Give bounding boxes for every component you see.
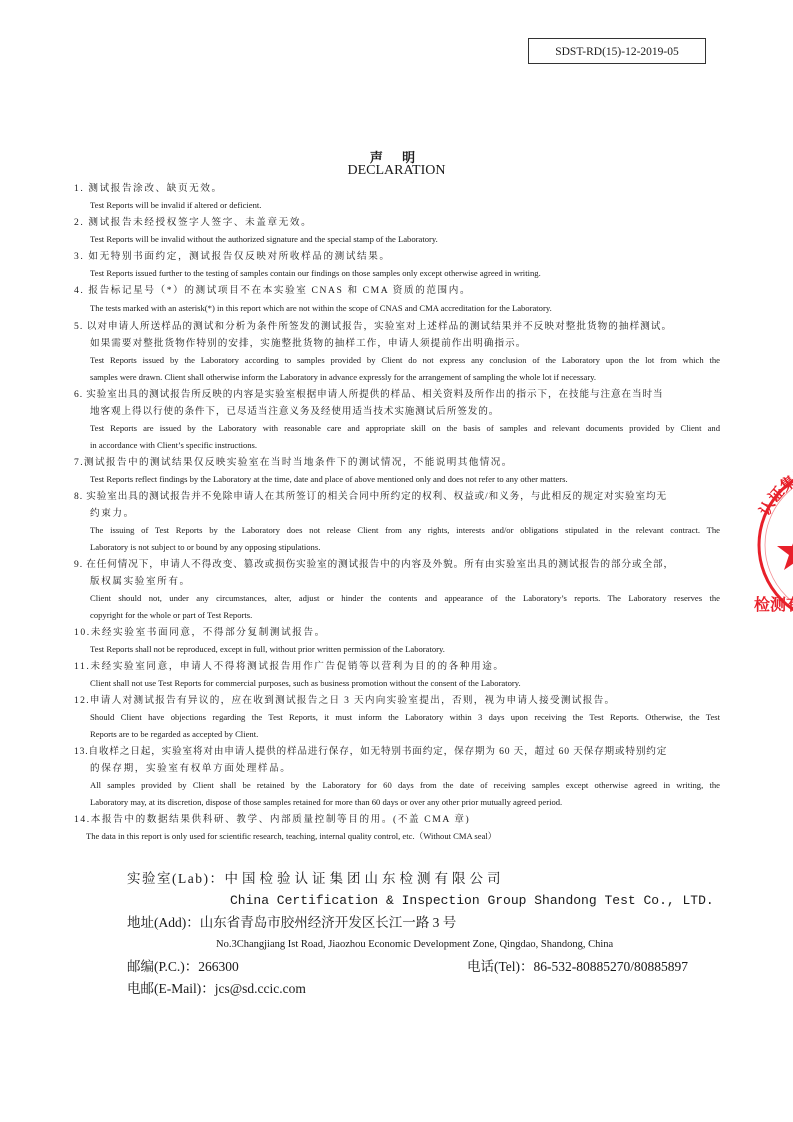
item-text-cn: 地客观上得以行使的条件下，已尽适当注意义务及经使用适当技术实施测试后所签发的。 xyxy=(74,403,720,420)
lab-label: 实验室(Lab)： xyxy=(127,871,224,886)
address-cn: 山东省青岛市胶州经济开发区长江一路 3 号 xyxy=(200,915,457,930)
item-text-cn: 如果需要对整批货物作特别的安排，实施整批货物的抽样工作，申请人须提前作出明确指示… xyxy=(74,335,720,352)
declaration-item: 3. 如无特别书面约定，测试报告仅反映对所收样品的测试结果。 Test Repo… xyxy=(74,248,720,282)
item-text-cn: 11.未经实验室同意，申请人不得将测试报告用作广告促销等以营利为目的的各种用途。 xyxy=(74,658,720,675)
item-text-en: Reports are to be regarded as accepted b… xyxy=(74,726,720,743)
item-text-cn: 约束力。 xyxy=(74,505,720,522)
postcode: 邮编(P.C.)：266300 xyxy=(127,956,239,978)
document-number-box: SDST-RD(15)-12-2019-05 xyxy=(528,38,706,64)
email-label: 电邮(E-Mail)： xyxy=(127,981,215,996)
postcode-label: 邮编(P.C.)： xyxy=(127,959,198,974)
item-text-en: Client should not, under any circumstanc… xyxy=(74,590,720,607)
address-en: No.3Changjiang Ist Road, Jiaozhou Econom… xyxy=(127,934,687,956)
declaration-item: 10.未经实验室书面同意，不得部分复制测试报告。 Test Reports sh… xyxy=(74,624,720,658)
item-text-cn: 版权属实验室所有。 xyxy=(74,573,720,590)
item-text-en: Laboratory may, at its discretion, dispo… xyxy=(74,794,720,811)
seal-text-top: 认证集团 xyxy=(756,464,793,519)
declaration-item: 8. 实验室出具的测试报告并不免除申请人在其所签订的相关合同中所约定的权利、权益… xyxy=(74,488,720,556)
lab-contact-block: 实验室(Lab)：中国检验认证集团山东检测有限公司 China Certific… xyxy=(127,868,687,1000)
lab-name-cn: 中国检验认证集团山东检测有限公司 xyxy=(224,871,504,886)
item-text-en: Test Reports are issued by the Laborator… xyxy=(74,420,720,437)
item-text-cn: 9. 在任何情况下，申请人不得改变、篡改或损伤实验室的测试报告中的内容及外貌。所… xyxy=(74,556,720,573)
lab-name-en: China Certification & Inspection Group S… xyxy=(127,890,687,912)
item-text-cn: 2. 测试报告未经授权签字人签字、未盖章无效。 xyxy=(74,214,720,231)
declaration-list: 1. 测试报告涂改、缺页无效。 Test Reports will be inv… xyxy=(74,180,720,845)
item-text-en: The tests marked with an asterisk(*) in … xyxy=(74,299,720,318)
item-text-en: Test Reports will be invalid without the… xyxy=(74,231,720,248)
declaration-item: 6. 实验室出具的测试报告所反映的内容是实验室根据申请人所提供的样品、相关资料及… xyxy=(74,386,720,454)
item-text-en: Client shall not use Test Reports for co… xyxy=(74,675,720,692)
item-text-en: Test Reports reflect findings by the Lab… xyxy=(74,471,720,488)
item-text-en: Test Reports issued by the Laboratory ac… xyxy=(74,352,720,369)
item-text-cn: 13.自收样之日起，实验室将对由申请人提供的样品进行保存，如无特别书面约定，保存… xyxy=(74,743,720,760)
star-icon xyxy=(777,532,793,570)
item-text-en: All samples provided by Client shall be … xyxy=(74,777,720,794)
item-text-cn: 10.未经实验室书面同意，不得部分复制测试报告。 xyxy=(74,624,720,641)
item-text-en: Test Reports issued further to the testi… xyxy=(74,265,720,282)
item-text-cn: 7.测试报告中的测试结果仅反映实验室在当时当地条件下的测试情况，不能说明其他情况… xyxy=(74,454,720,471)
item-text-cn: 14.本报告中的数据结果供科研、教学、内部质量控制等目的用。(不盖 CMA 章) xyxy=(74,811,720,828)
item-text-en: samples were drawn. Client shall otherwi… xyxy=(74,369,720,386)
item-text-en: The issuing of Test Reports by the Labor… xyxy=(74,522,720,539)
item-text-en: Should Client have objections regarding … xyxy=(74,709,720,726)
address-row: 地址(Add)：山东省青岛市胶州经济开发区长江一路 3 号 xyxy=(127,912,687,934)
item-text-cn: 8. 实验室出具的测试报告并不免除申请人在其所签订的相关合同中所约定的权利、权益… xyxy=(74,488,720,505)
item-text-cn: 5. 以对申请人所送样品的测试和分析为条件所签发的测试报告，实验室对上述样品的测… xyxy=(74,318,720,335)
item-text-en: Test Reports will be invalid if altered … xyxy=(74,197,720,214)
item-text-en: in accordance with Client’s specific ins… xyxy=(74,437,720,454)
phone-value: 86-532-80885270/80885897 xyxy=(534,959,689,974)
declaration-item: 12.申请人对测试报告有异议的，应在收到测试报告之日 3 天内向实验室提出，否则… xyxy=(74,692,720,743)
phone: 电话(Tel)：86-532-80885270/80885897 xyxy=(467,956,688,978)
title-english: DECLARATION xyxy=(0,163,793,179)
official-seal-stamp: 认证集团 检测有 xyxy=(752,460,793,630)
item-text-cn: 12.申请人对测试报告有异议的，应在收到测试报告之日 3 天内向实验室提出，否则… xyxy=(74,692,720,709)
declaration-item: 14.本报告中的数据结果供科研、教学、内部质量控制等目的用。(不盖 CMA 章)… xyxy=(74,811,720,845)
item-text-cn: 4. 报告标记星号（*）的测试项目不在本实验室 CNAS 和 CMA 资质的范围… xyxy=(74,282,720,299)
item-text-cn: 3. 如无特别书面约定，测试报告仅反映对所收样品的测试结果。 xyxy=(74,248,720,265)
postcode-value: 266300 xyxy=(198,959,239,974)
item-text-en: copyright for the whole or part of Test … xyxy=(74,607,720,624)
item-text-en: The data in this report is only used for… xyxy=(74,828,720,845)
item-text-en: Test Reports shall not be reproduced, ex… xyxy=(74,641,720,658)
declaration-item: 11.未经实验室同意，申请人不得将测试报告用作广告促销等以营利为目的的各种用途。… xyxy=(74,658,720,692)
declaration-item: 7.测试报告中的测试结果仅反映实验室在当时当地条件下的测试情况，不能说明其他情况… xyxy=(74,454,720,488)
item-text-cn: 6. 实验室出具的测试报告所反映的内容是实验室根据申请人所提供的样品、相关资料及… xyxy=(74,386,720,403)
postcode-phone-row: 邮编(P.C.)：266300 电话(Tel)：86-532-80885270/… xyxy=(127,956,688,978)
declaration-item: 4. 报告标记星号（*）的测试项目不在本实验室 CNAS 和 CMA 资质的范围… xyxy=(74,282,720,318)
email-value: jcs@sd.ccic.com xyxy=(215,981,306,996)
phone-label: 电话(Tel)： xyxy=(467,959,534,974)
declaration-item: 5. 以对申请人所送样品的测试和分析为条件所签发的测试报告，实验室对上述样品的测… xyxy=(74,318,720,386)
address-label: 地址(Add)： xyxy=(127,915,200,930)
email-row: 电邮(E-Mail)：jcs@sd.ccic.com xyxy=(127,978,687,1000)
item-text-en: Laboratory is not subject to or bound by… xyxy=(74,539,720,556)
declaration-item: 13.自收样之日起，实验室将对由申请人提供的样品进行保存，如无特别书面约定，保存… xyxy=(74,743,720,811)
document-number: SDST-RD(15)-12-2019-05 xyxy=(555,46,679,58)
item-text-cn: 1. 测试报告涂改、缺页无效。 xyxy=(74,180,720,197)
lab-name-row: 实验室(Lab)：中国检验认证集团山东检测有限公司 xyxy=(127,868,687,890)
seal-text-bottom: 检测有 xyxy=(754,595,793,614)
declaration-item: 1. 测试报告涂改、缺页无效。 Test Reports will be inv… xyxy=(74,180,720,214)
declaration-item: 2. 测试报告未经授权签字人签字、未盖章无效。 Test Reports wil… xyxy=(74,214,720,248)
declaration-item: 9. 在任何情况下，申请人不得改变、篡改或损伤实验室的测试报告中的内容及外貌。所… xyxy=(74,556,720,624)
item-text-cn: 的保存期，实验室有权单方面处理样品。 xyxy=(74,760,720,777)
